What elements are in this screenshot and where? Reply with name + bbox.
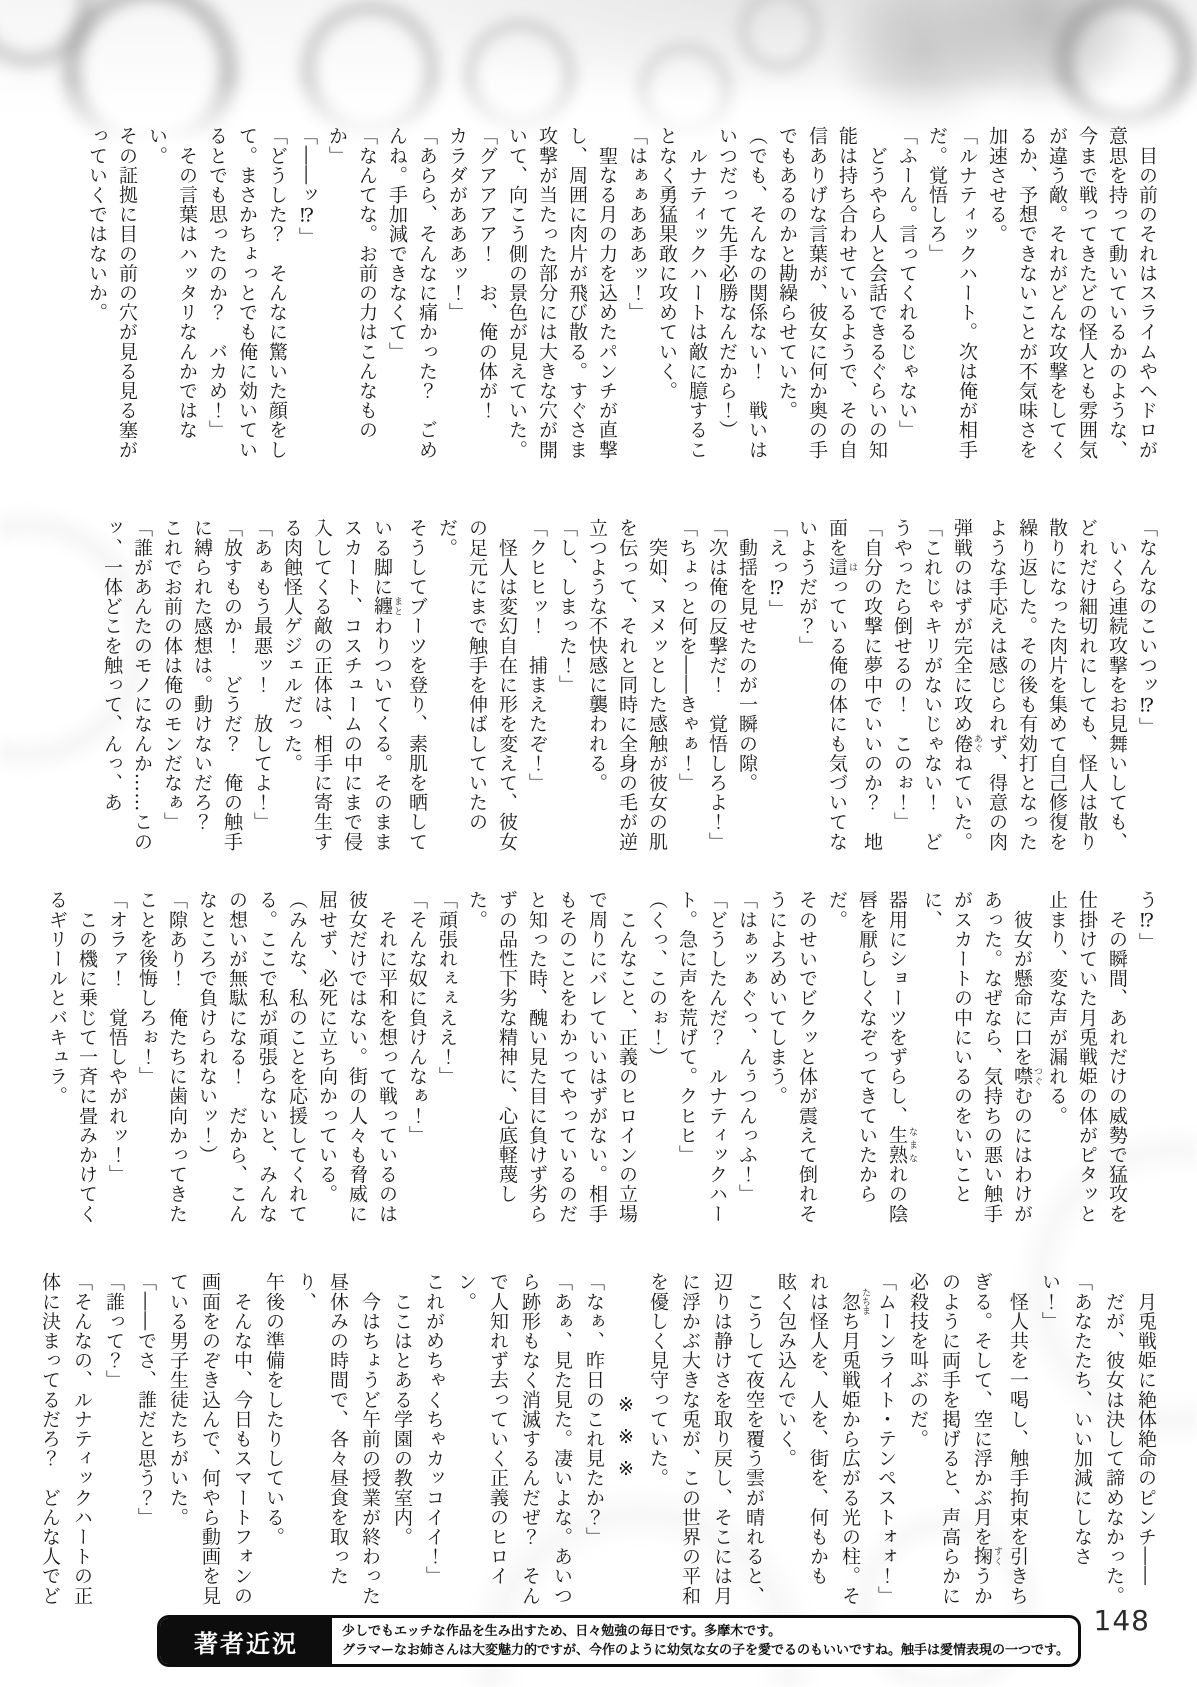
text-column: を伝って、それと同時に全身の毛が逆 <box>612 518 642 858</box>
text-column: ト。急に声を荒げて。クヒヒ」 <box>672 890 702 1230</box>
text-column: 「どうしたんだ？ ルナティックハー <box>702 890 732 1230</box>
text-column: 意思を持って動いているかのような、 <box>1102 126 1132 466</box>
text-column: 「そんなの、ルナティックハートの正 <box>66 1272 98 1612</box>
text-column: に縛られた感想は。動けないだろ？ <box>187 518 217 858</box>
text-column: 辺りは静けさを取り戻し、そこには月 <box>706 1272 738 1612</box>
text-column: いくら連続攻撃をお見舞いしても、 <box>1102 518 1132 858</box>
text-column: 「どうした？ そんなに驚いた顔をし <box>262 126 292 466</box>
text-column: そうしてブーツを登り、素肌を晒して <box>402 518 432 858</box>
text-column: いる脚に纏まとわりついてくる。そのまま <box>367 518 402 858</box>
text-column: 弾戦のはずが完全に攻め倦あぐねていた。 <box>947 518 982 858</box>
text-column: 唇を厭らしくなぞってきていたからだ。 <box>822 890 882 1230</box>
text-band-2: 「なんなのこいつッ⁉」 いくら連続攻撃をお見舞いしても、どれだけ細切れにしても、… <box>132 518 1162 858</box>
text-column: 動揺を見せたのが一瞬の隙。 <box>732 518 762 858</box>
text-column: 彼女だけではない。街の人々も脅威に <box>342 890 372 1230</box>
text-column: 「ムーンライト・テンペストォォ！」 <box>870 1272 902 1612</box>
text-column: こうして夜空を覆う雲が晴れると、 <box>738 1272 770 1612</box>
text-column: うによろめいてしまう。 <box>762 890 792 1230</box>
text-column: ぎる。そして、空に浮かぶ月を掬すくうか <box>966 1272 1002 1612</box>
text-column: 器用にショーツをずらし、生熟なまなれの陰 <box>882 890 917 1230</box>
text-column: で人知れず去っていく正義のヒロイン。 <box>450 1272 514 1612</box>
text-column: 「グアアアア！ お、俺の体が！ <box>472 126 502 466</box>
text-column: 「し、しまった！」 <box>552 518 582 858</box>
text-column: 今まで戦ってきたどの怪人とも雰囲気 <box>1072 126 1102 466</box>
author-status-bar: 著者近況 少しでもエッチな作品を生み出すため、日々勉強の毎日です。多摩木です。 … <box>157 1615 1081 1667</box>
text-band-4: 月兎戦姫に絶体絶命のピンチ―― だが、彼女は決して諦めなかった。「あなたたち、い… <box>132 1272 1162 1612</box>
text-column: そんな中、今日もスマートフォンの <box>226 1272 258 1612</box>
text-column: 「誰って？」 <box>98 1272 130 1612</box>
text-column: 怪人共を一喝し、触手拘束を引きち <box>1002 1272 1034 1612</box>
text-column: 昼休みの時間で、各々昼食を取ったり、 <box>290 1272 354 1612</box>
text-column: が違う敵。それがどんな攻撃をしてく <box>1042 126 1072 466</box>
text-column: 入してくる敵の正体は、相手に寄生す <box>307 518 337 858</box>
text-column: るギリールとバキュラ。 <box>42 890 72 1230</box>
text-column: を優しく見守っていた。 <box>642 1272 674 1612</box>
text-column: 「あぁ、見た見た。凄いよな。あいつ <box>546 1272 578 1612</box>
text-column: ※※※ <box>610 1272 642 1612</box>
text-column: 今はちょうど午前の授業が終わった <box>354 1272 386 1612</box>
text-column: 「誰があんたのモノになんか……この <box>127 518 157 858</box>
text-column: （みんな、私のことを応援してくれて <box>282 890 312 1230</box>
text-column: その証拠に目の前の穴が見る見る塞が <box>112 126 142 466</box>
text-column: いようだが？」 <box>792 518 822 858</box>
text-column: し、周囲に肉片が飛び散る。すぐさま <box>562 126 592 466</box>
text-column: と知った時、醜い見た目に負けず劣ら <box>522 890 552 1230</box>
text-column: れは怪人を、人を、街を、何もかも <box>802 1272 834 1612</box>
text-column: 「なぁ、昨日のこれ見たか？」 <box>578 1272 610 1612</box>
text-column: 体に決まってるだろ？ どんな人でど <box>34 1272 66 1612</box>
text-column: 「なんなのこいつッ⁉」 <box>1132 518 1162 858</box>
page-number: 148 <box>1094 1604 1150 1637</box>
text-column: 立つような不快感に襲われる。 <box>582 518 612 858</box>
text-column: （でも、そんなの関係ない！ 戦いは <box>742 126 772 466</box>
text-column: 散りになった肉片を集めて自己修復を <box>1042 518 1072 858</box>
text-column: んね。手加減できなくて」 <box>382 126 412 466</box>
text-column: もそのことをわかってやっているのだ <box>552 890 582 1230</box>
text-column: に浮かぶ大きな兎が、この世界の平和 <box>674 1272 706 1612</box>
text-column: 繰り返した。その後も有効打となった <box>1012 518 1042 858</box>
text-column: 「あらら、そんなに痛かった？ ごめ <box>412 126 442 466</box>
text-column: あった。なぜなら、気持ちの悪い触手 <box>977 890 1007 1230</box>
text-column: 「隙あり！ 俺たちに歯向かってきた <box>162 890 192 1230</box>
text-column: 「そんな奴に負けんなぁ！」 <box>402 890 432 1230</box>
text-column: その言葉はハッタリなんかではない。 <box>142 126 202 466</box>
text-column: 「――でさ、誰だと思う？」 <box>130 1272 162 1612</box>
text-column: ような手応えは感じられず、得意の肉 <box>982 518 1012 858</box>
text-column: となく勇猛果敢に攻めていく。 <box>652 126 682 466</box>
text-column: 「あぁもう最悪ッ！ 放してよ！」 <box>247 518 277 858</box>
text-column: 「放すものか！ どうだ？ 俺の触手 <box>217 518 247 858</box>
text-column: 午後の準備をしたりしている。 <box>258 1272 290 1612</box>
text-column: 仕掛けていた月兎戦姫の体がピタッと <box>1072 890 1102 1230</box>
text-column: のように両手を掲げると、声高らかに <box>934 1272 966 1612</box>
text-column: 加速させる。 <box>982 126 1012 466</box>
text-column: の足元にまで触手を伸ばしていたのだ。 <box>432 518 492 858</box>
text-column: 「ふーん。言ってくれるじゃない」 <box>892 126 922 466</box>
text-column: るとでも思ったのか？ バカめ！」 <box>202 126 232 466</box>
text-column: 止まり、変な声が漏れる。 <box>1042 890 1072 1230</box>
text-column: それに平和を想って戦っているのは <box>372 890 402 1230</box>
text-column: だが、彼女は決して諦めなかった。 <box>1098 1272 1130 1612</box>
text-column: うやったら倒せるの！ このぉ！」 <box>887 518 917 858</box>
text-column: 彼女が懸命に口を噤つぐむのにはわけが <box>1007 890 1042 1230</box>
text-column: 「なんてな。お前の力はこんなものか」 <box>322 126 382 466</box>
text-column: 「自分の攻撃に夢中でいいのか？ 地 <box>857 518 887 858</box>
text-column: なところで負けられないッ！） <box>192 890 222 1230</box>
text-column: 「はぁぁあああッ！」 <box>622 126 652 466</box>
text-column: う⁉」 <box>1132 890 1162 1230</box>
text-column: 「――ッ⁉」 <box>292 126 322 466</box>
text-column: （くっ、このぉ！） <box>642 890 672 1230</box>
text-column: 屈せず、必死に立ち向かっている。 <box>312 890 342 1230</box>
text-column: 「クヒヒッ！ 捕まえたぞ！」 <box>522 518 552 858</box>
text-column: 「次は俺の反撃だ！ 覚悟しろよ！」 <box>702 518 732 858</box>
text-column: これでお前の体は俺のモンだなぁ」 <box>157 518 187 858</box>
text-column: る肉蝕怪人ゲジェルだった。 <box>277 518 307 858</box>
text-column: でもあるのかと勘繰らせていた。 <box>772 126 802 466</box>
text-column: 能は持ち合わせているようで、その自 <box>832 126 862 466</box>
text-column: ている男子生徒たちがいた。 <box>162 1272 194 1612</box>
text-column: 「あなたたち、いい加減にしなさい！」 <box>1034 1272 1098 1612</box>
text-column: がスカートの中にいるのをいいことに、 <box>917 890 977 1230</box>
text-column: そのせいでビクッと体が震えて倒れそ <box>792 890 822 1230</box>
text-column: 必殺技を叫ぶのだ。 <box>902 1272 934 1612</box>
text-column: 突如、ヌメッとした感触が彼女の肌 <box>642 518 672 858</box>
text-column: ルナティックハートは敵に臆するこ <box>682 126 712 466</box>
text-column: いつだって先手必勝なんだから！） <box>712 126 742 466</box>
text-column: 月兎戦姫に絶体絶命のピンチ―― <box>1130 1272 1162 1612</box>
text-column: こんなこと、正義のヒロインの立場 <box>612 890 642 1230</box>
text-column: で周りにバレていいはずがない。相手 <box>582 890 612 1230</box>
text-column: 「これじゃキリがないじゃない！ ど <box>917 518 947 858</box>
text-column: これがめちゃくちゃカッコイイ！」 <box>418 1272 450 1612</box>
text-column: 「オラァ！ 覚悟しやがれッ！」 <box>102 890 132 1230</box>
text-column: ずの品性下劣な精神に、心底軽蔑した。 <box>462 890 522 1230</box>
text-column: る。ここで私が頑張らないと、みんな <box>252 890 282 1230</box>
magazine-page: 目の前のそれはスライムやヘドロが意思を持って動いているかのような、今まで戦ってき… <box>0 0 1197 1687</box>
text-column: 目の前のそれはスライムやヘドロが <box>1132 126 1162 466</box>
author-status-label: 著者近況 <box>160 1618 332 1664</box>
text-column: 聖なる月の力を込めたパンチが直撃 <box>592 126 622 466</box>
text-column: ッ、一体どこを触って、んっ、あ <box>97 518 127 858</box>
text-column: 眩く包み込んでいく。 <box>770 1272 802 1612</box>
text-column: ここはとある学園の教室内。 <box>386 1272 418 1612</box>
text-column: カラダがあああッ！」 <box>442 126 472 466</box>
text-column: の想いが無駄になる！ だから、こん <box>222 890 252 1230</box>
text-column: だ。覚悟しろ」 <box>922 126 952 466</box>
text-column: 怪人は変幻自在に形を変えて、彼女 <box>492 518 522 858</box>
text-column: 「はぁッぁぐっ、んぅつんっふ！」 <box>732 890 762 1230</box>
author-status-text: 少しでもエッチな作品を生み出すため、日々勉強の毎日です。多摩木です。 グラマーな… <box>332 1618 1079 1664</box>
text-column: 攻撃が当たった部分には大きな穴が開 <box>532 126 562 466</box>
text-column: ら跡形もなく消滅するんだぜ？ そん <box>514 1272 546 1612</box>
text-column: ことを後悔しろぉ！」 <box>132 890 162 1230</box>
text-column: いて、向こう側の景色が見えていた。 <box>502 126 532 466</box>
text-column: 信ありげな言葉が、彼女に何か奥の手 <box>802 126 832 466</box>
text-column: 画面をのぞき込んで、何やら動画を見 <box>194 1272 226 1612</box>
text-column: るか、予想できないことが不気味さを <box>1012 126 1042 466</box>
author-status-line2: グラマーなお姉さんは大変魅力的ですが、今作のように幼気な女の子を愛でるのもいいで… <box>342 1641 1069 1661</box>
text-band-3: う⁉」 その瞬間、あれだけの威勢で猛攻を仕掛けていた月兎戦姫の体がピタッと止まり… <box>132 890 1162 1230</box>
text-column: 「ちょっと何を――きゃぁ！」 <box>672 518 702 858</box>
text-column: この機に乗じて一斉に畳みかけてく <box>72 890 102 1230</box>
text-column: どうやら人と会話できるぐらいの知 <box>862 126 892 466</box>
text-band-1: 目の前のそれはスライムやヘドロが意思を持って動いているかのような、今まで戦ってき… <box>132 126 1162 466</box>
text-column: 面を這はっている俺の体にも気づいてな <box>822 518 857 858</box>
text-column: て。まさかちょっとでも俺に効いてい <box>232 126 262 466</box>
text-column: どれだけ細切れにしても、怪人は散り <box>1072 518 1102 858</box>
text-column: 「えっ⁉」 <box>762 518 792 858</box>
author-status-line1: 少しでもエッチな作品を生み出すため、日々勉強の毎日です。多摩木です。 <box>342 1622 1069 1642</box>
text-column: っていくではないか。 <box>82 126 112 466</box>
text-column: スカート、コスチュームの中にまで侵 <box>337 518 367 858</box>
text-column: 「ルナティックハート。次は俺が相手 <box>952 126 982 466</box>
text-column: 忽たちまち月兎戦姫から広がる光の柱。そ <box>834 1272 870 1612</box>
text-column: その瞬間、あれだけの威勢で猛攻を <box>1102 890 1132 1230</box>
text-column: 「頑張れぇぇええ！」 <box>432 890 462 1230</box>
